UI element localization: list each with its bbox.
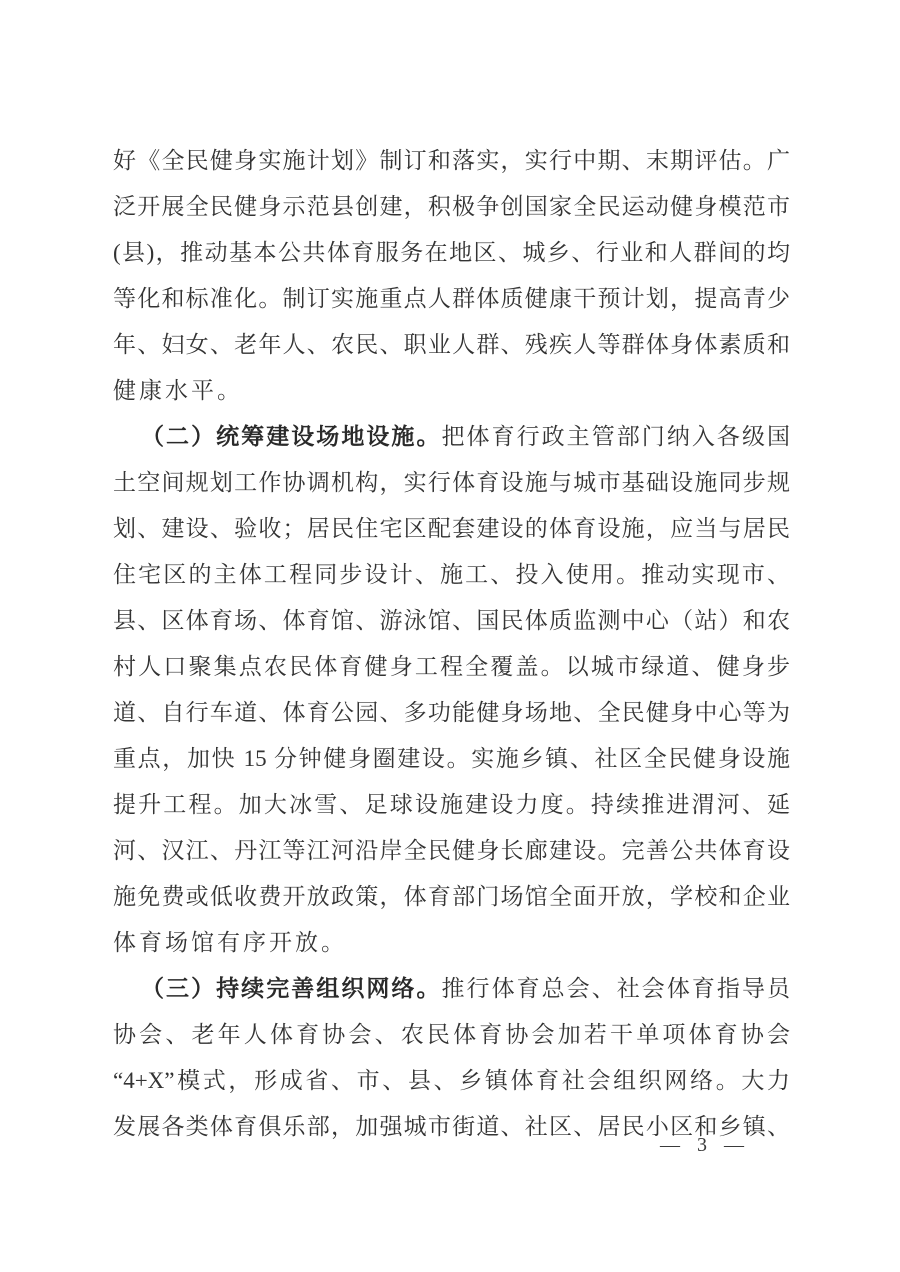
text-line: 河、汉江、丹江等江河沿岸全民健身长廊建设。完善公共体育设 [113,828,790,874]
text-line: （二）统筹建设场地设施。把体育行政主管部门纳入各级国 [113,414,790,460]
text-line: 住宅区的主体工程同步设计、施工、投入使用。推动实现市、 [113,552,790,598]
text-line: 提升工程。加大冰雪、足球设施建设力度。持续推进渭河、延 [113,782,790,828]
text-line: 施免费或低收费开放政策，体育部门场馆全面开放，学校和企业 [113,874,790,920]
document-page: 好《全民健身实施计划》制订和落实，实行中期、末期评估。广 泛开展全民健身示范县创… [0,0,900,1272]
text-line: 道、自行车道、体育公园、多功能健身场地、全民健身中心等为 [113,690,790,736]
document-body: 好《全民健身实施计划》制订和落实，实行中期、末期评估。广 泛开展全民健身示范县创… [113,138,790,1150]
section-body-start: 推行体育总会、社会体育指导员 [441,976,790,1001]
text-line: 泛开展全民健身示范县创建，积极争创国家全民运动健身模范市 [113,184,790,230]
section-heading: （二）统筹建设场地设施。 [141,424,441,449]
text-line: 协会、老年人体育协会、农民体育协会加若干单项体育协会 [113,1012,790,1058]
text-line: (县)，推动基本公共体育服务在地区、城乡、行业和人群间的均 [113,230,790,276]
text-line: 重点，加快 15 分钟健身圈建设。实施乡镇、社区全民健身设施 [113,736,790,782]
section-heading: （三）持续完善组织网络。 [141,976,441,1001]
page-number: — 3 — [660,1132,755,1158]
text-line: “4+X”模式，形成省、市、县、乡镇体育社会组织网络。大力 [113,1058,790,1104]
text-line: （三）持续完善组织网络。推行体育总会、社会体育指导员 [113,966,790,1012]
text-line: 划、建设、验收；居民住宅区配套建设的体育设施，应当与居民 [113,506,790,552]
text-line: 土空间规划工作协调机构，实行体育设施与城市基础设施同步规 [113,460,790,506]
section-body-start: 把体育行政主管部门纳入各级国 [441,424,790,449]
text-line: 等化和标准化。制订实施重点人群体质健康干预计划，提高青少 [113,276,790,322]
text-line: 县、区体育场、体育馆、游泳馆、国民体质监测中心（站）和农 [113,598,790,644]
text-line: 好《全民健身实施计划》制订和落实，实行中期、末期评估。广 [113,138,790,184]
text-line: 体育场馆有序开放。 [113,920,790,966]
text-line: 村人口聚集点农民体育健身工程全覆盖。以城市绿道、健身步 [113,644,790,690]
text-line: 年、妇女、老年人、农民、职业人群、残疾人等群体身体素质和 [113,322,790,368]
text-line: 健康水平。 [113,368,790,414]
